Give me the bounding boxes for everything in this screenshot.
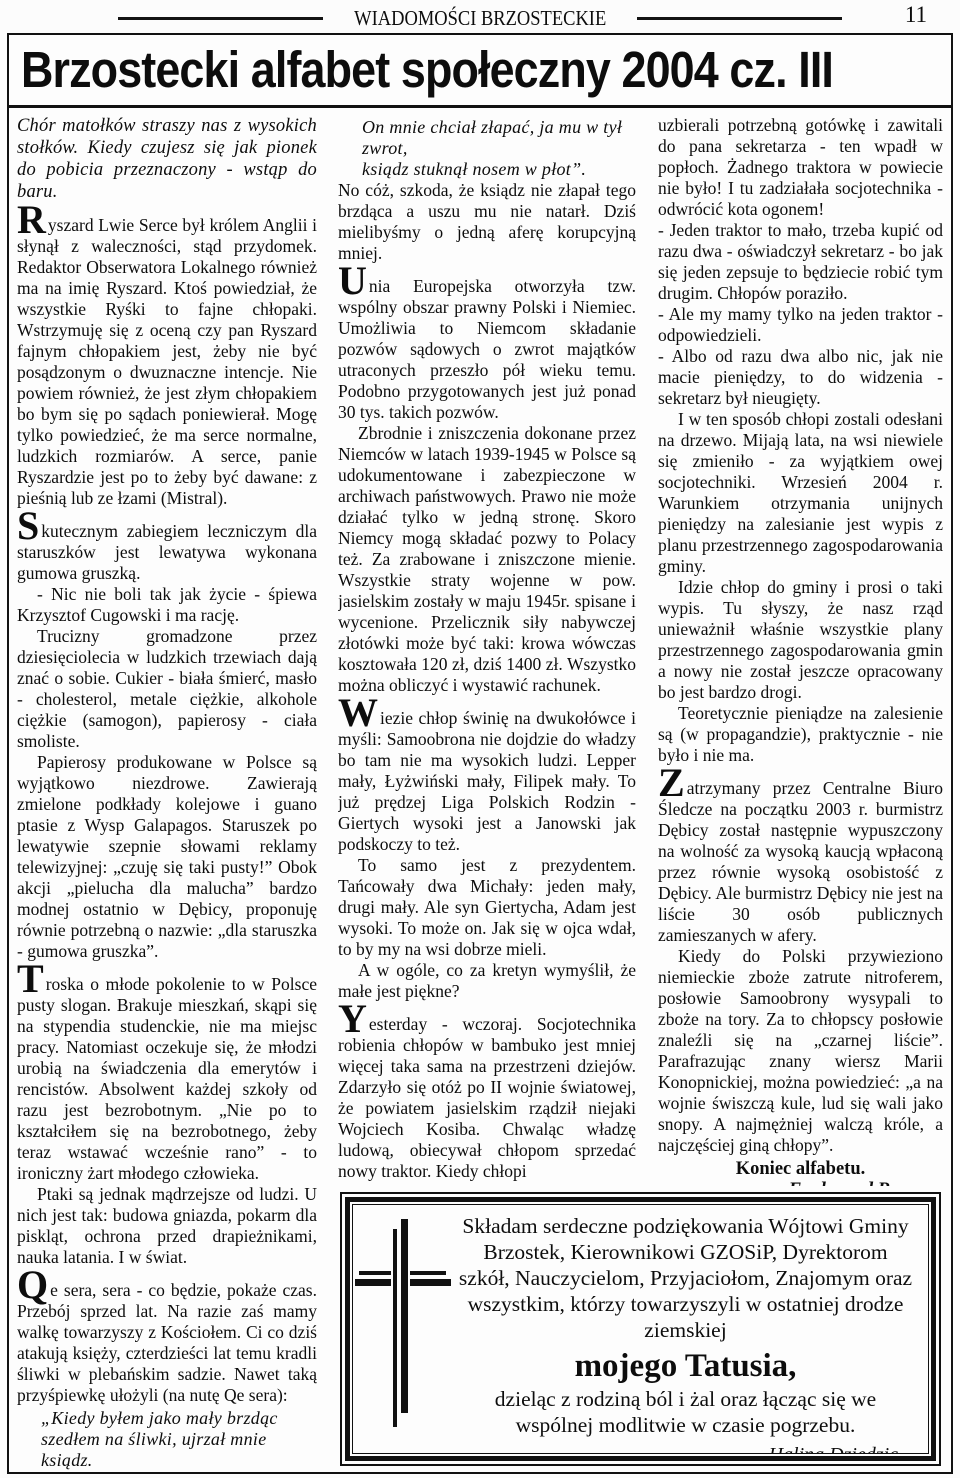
newspaper-page: { "header": { "masthead": "WIADOMOŚCI BR… xyxy=(0,0,960,1478)
dropcap-letter: U xyxy=(338,258,369,303)
memorial-line: Składam serdeczne podziękowania Wójtowi … xyxy=(457,1213,914,1343)
paragraph: Skutecznym zabiegiem leczniczym dla star… xyxy=(17,518,317,584)
memorial-line: dzieląc z rodziną ból i żal oraz łącząc … xyxy=(457,1386,914,1438)
dropcap-letter: Z xyxy=(658,760,687,805)
paragraph: To samo jest z prezydentem. Tańcowały dw… xyxy=(338,855,636,960)
paragraph: Qe sera, sera - co będzie, pokaże czas. … xyxy=(17,1277,317,1406)
column-1: Chór matołków straszy nas z wysokich sto… xyxy=(17,115,317,1471)
paragraph: - Nic nie boli tak jak życie - śpiewa Kr… xyxy=(17,584,317,626)
dropcap-letter: R xyxy=(17,197,48,242)
article-title-text: Brzostecki alfabet społeczny 2004 cz. II… xyxy=(21,40,833,99)
article-title: Brzostecki alfabet społeczny 2004 cz. II… xyxy=(9,35,951,108)
paragraph: Zbrodnie i zniszczenia dokonane przez Ni… xyxy=(338,423,636,696)
paragraph: - Ale my mamy tylko na jeden traktor - o… xyxy=(658,304,943,346)
article-box: Brzostecki alfabet społeczny 2004 cz. II… xyxy=(7,33,953,1474)
paragraph: I w ten sposób chłopi zostali odesłani n… xyxy=(658,409,943,577)
dropcap-letter: W xyxy=(338,690,380,735)
paragraph: Zatrzymany przez Centralne Biuro Śledcze… xyxy=(658,775,943,946)
columns-2-3: On mnie chciał złapać, ja mu w tył zwrot… xyxy=(338,115,943,1186)
memorial-box-mid-border: Składam serdeczne podziękowania Wójtowi … xyxy=(345,1197,936,1461)
paragraph: Koniec alfabetu. xyxy=(658,1159,943,1180)
masthead-title: WIADOMOŚCI BRZOSTECKIE xyxy=(354,6,606,31)
memorial-text: Składam serdeczne podziękowania Wójtowi … xyxy=(457,1205,928,1453)
page-number: 11 xyxy=(905,2,927,28)
paragraph: Ferdynand Bugno xyxy=(658,1180,943,1186)
dropcap-letter: T xyxy=(17,956,46,1001)
dropcap-letter: Y xyxy=(338,996,369,1041)
paragraph: Kiedy do Polski przywieziono niemieckie … xyxy=(658,946,943,1156)
masthead-rule-right xyxy=(637,17,842,20)
memorial-signature: Halina Dziedzic xyxy=(457,1438,914,1454)
masthead-rule-left xyxy=(118,17,323,20)
paragraph: Chór matołków straszy nas z wysokich sto… xyxy=(17,115,317,203)
paragraph: Papierosy produkowane w Polsce są wyjątk… xyxy=(17,752,317,962)
memorial-box-inner: Składam serdeczne podziękowania Wójtowi … xyxy=(352,1204,929,1454)
column-2: On mnie chciał złapać, ja mu w tył zwrot… xyxy=(338,115,636,1186)
paragraph: Idzie chłop do gminy i prosi o taki wypi… xyxy=(658,577,943,703)
article-body: Chór matołków straszy nas z wysokich sto… xyxy=(9,108,951,1471)
paragraph: Ptaki są jednak mądrzejsze od ludzi. U n… xyxy=(17,1184,317,1268)
paragraph: On mnie chciał złapać, ja mu w tył zwrot… xyxy=(338,117,636,180)
dropcap-letter: S xyxy=(17,503,41,548)
memorial-box: Składam serdeczne podziękowania Wójtowi … xyxy=(340,1192,941,1466)
paragraph: Trucizny gromadzone przez dziesięcioleci… xyxy=(17,626,317,752)
paragraph: No cóż, szkoda, że ksiądz nie złapał teg… xyxy=(338,180,636,264)
page-header: WIADOMOŚCI BRZOSTECKIE xyxy=(0,4,960,32)
right-columns-wrap: On mnie chciał złapać, ja mu w tył zwrot… xyxy=(338,115,943,1471)
paragraph: Ryszard Lwie Serce był królem Anglii i s… xyxy=(17,212,317,509)
paragraph: A w ogóle, co za kretyn wymyślił, że mał… xyxy=(338,960,636,1002)
paragraph: Troska o młode pokolenie to w Polsce pus… xyxy=(17,971,317,1184)
column-3: uzbierali potrzebną gotówkę i zawitali d… xyxy=(658,115,943,1186)
paragraph: Yesterday - wczoraj. Socjotechnika robie… xyxy=(338,1011,636,1182)
memorial-line: mojego Tatusia, xyxy=(457,1343,914,1386)
paragraph: Unia Europejska otworzyła tzw. wspólny o… xyxy=(338,273,636,423)
paragraph: Wiezie chłop świnię na dwukołówce i myśl… xyxy=(338,705,636,855)
paragraph: Teoretycznie pieniądze na zalesienie są … xyxy=(658,703,943,766)
cross-icon xyxy=(353,1205,457,1453)
paragraph: „Kiedy byłem jako mały brzdąc szedłem na… xyxy=(17,1408,317,1471)
dropcap-letter: Q xyxy=(17,1262,50,1307)
paragraph: - Albo od razu dwa albo nic, jak nie mac… xyxy=(658,346,943,409)
paragraph: - Jeden traktor to mało, trzeba kupić od… xyxy=(658,220,943,304)
paragraph: uzbierali potrzebną gotówkę i zawitali d… xyxy=(658,115,943,220)
